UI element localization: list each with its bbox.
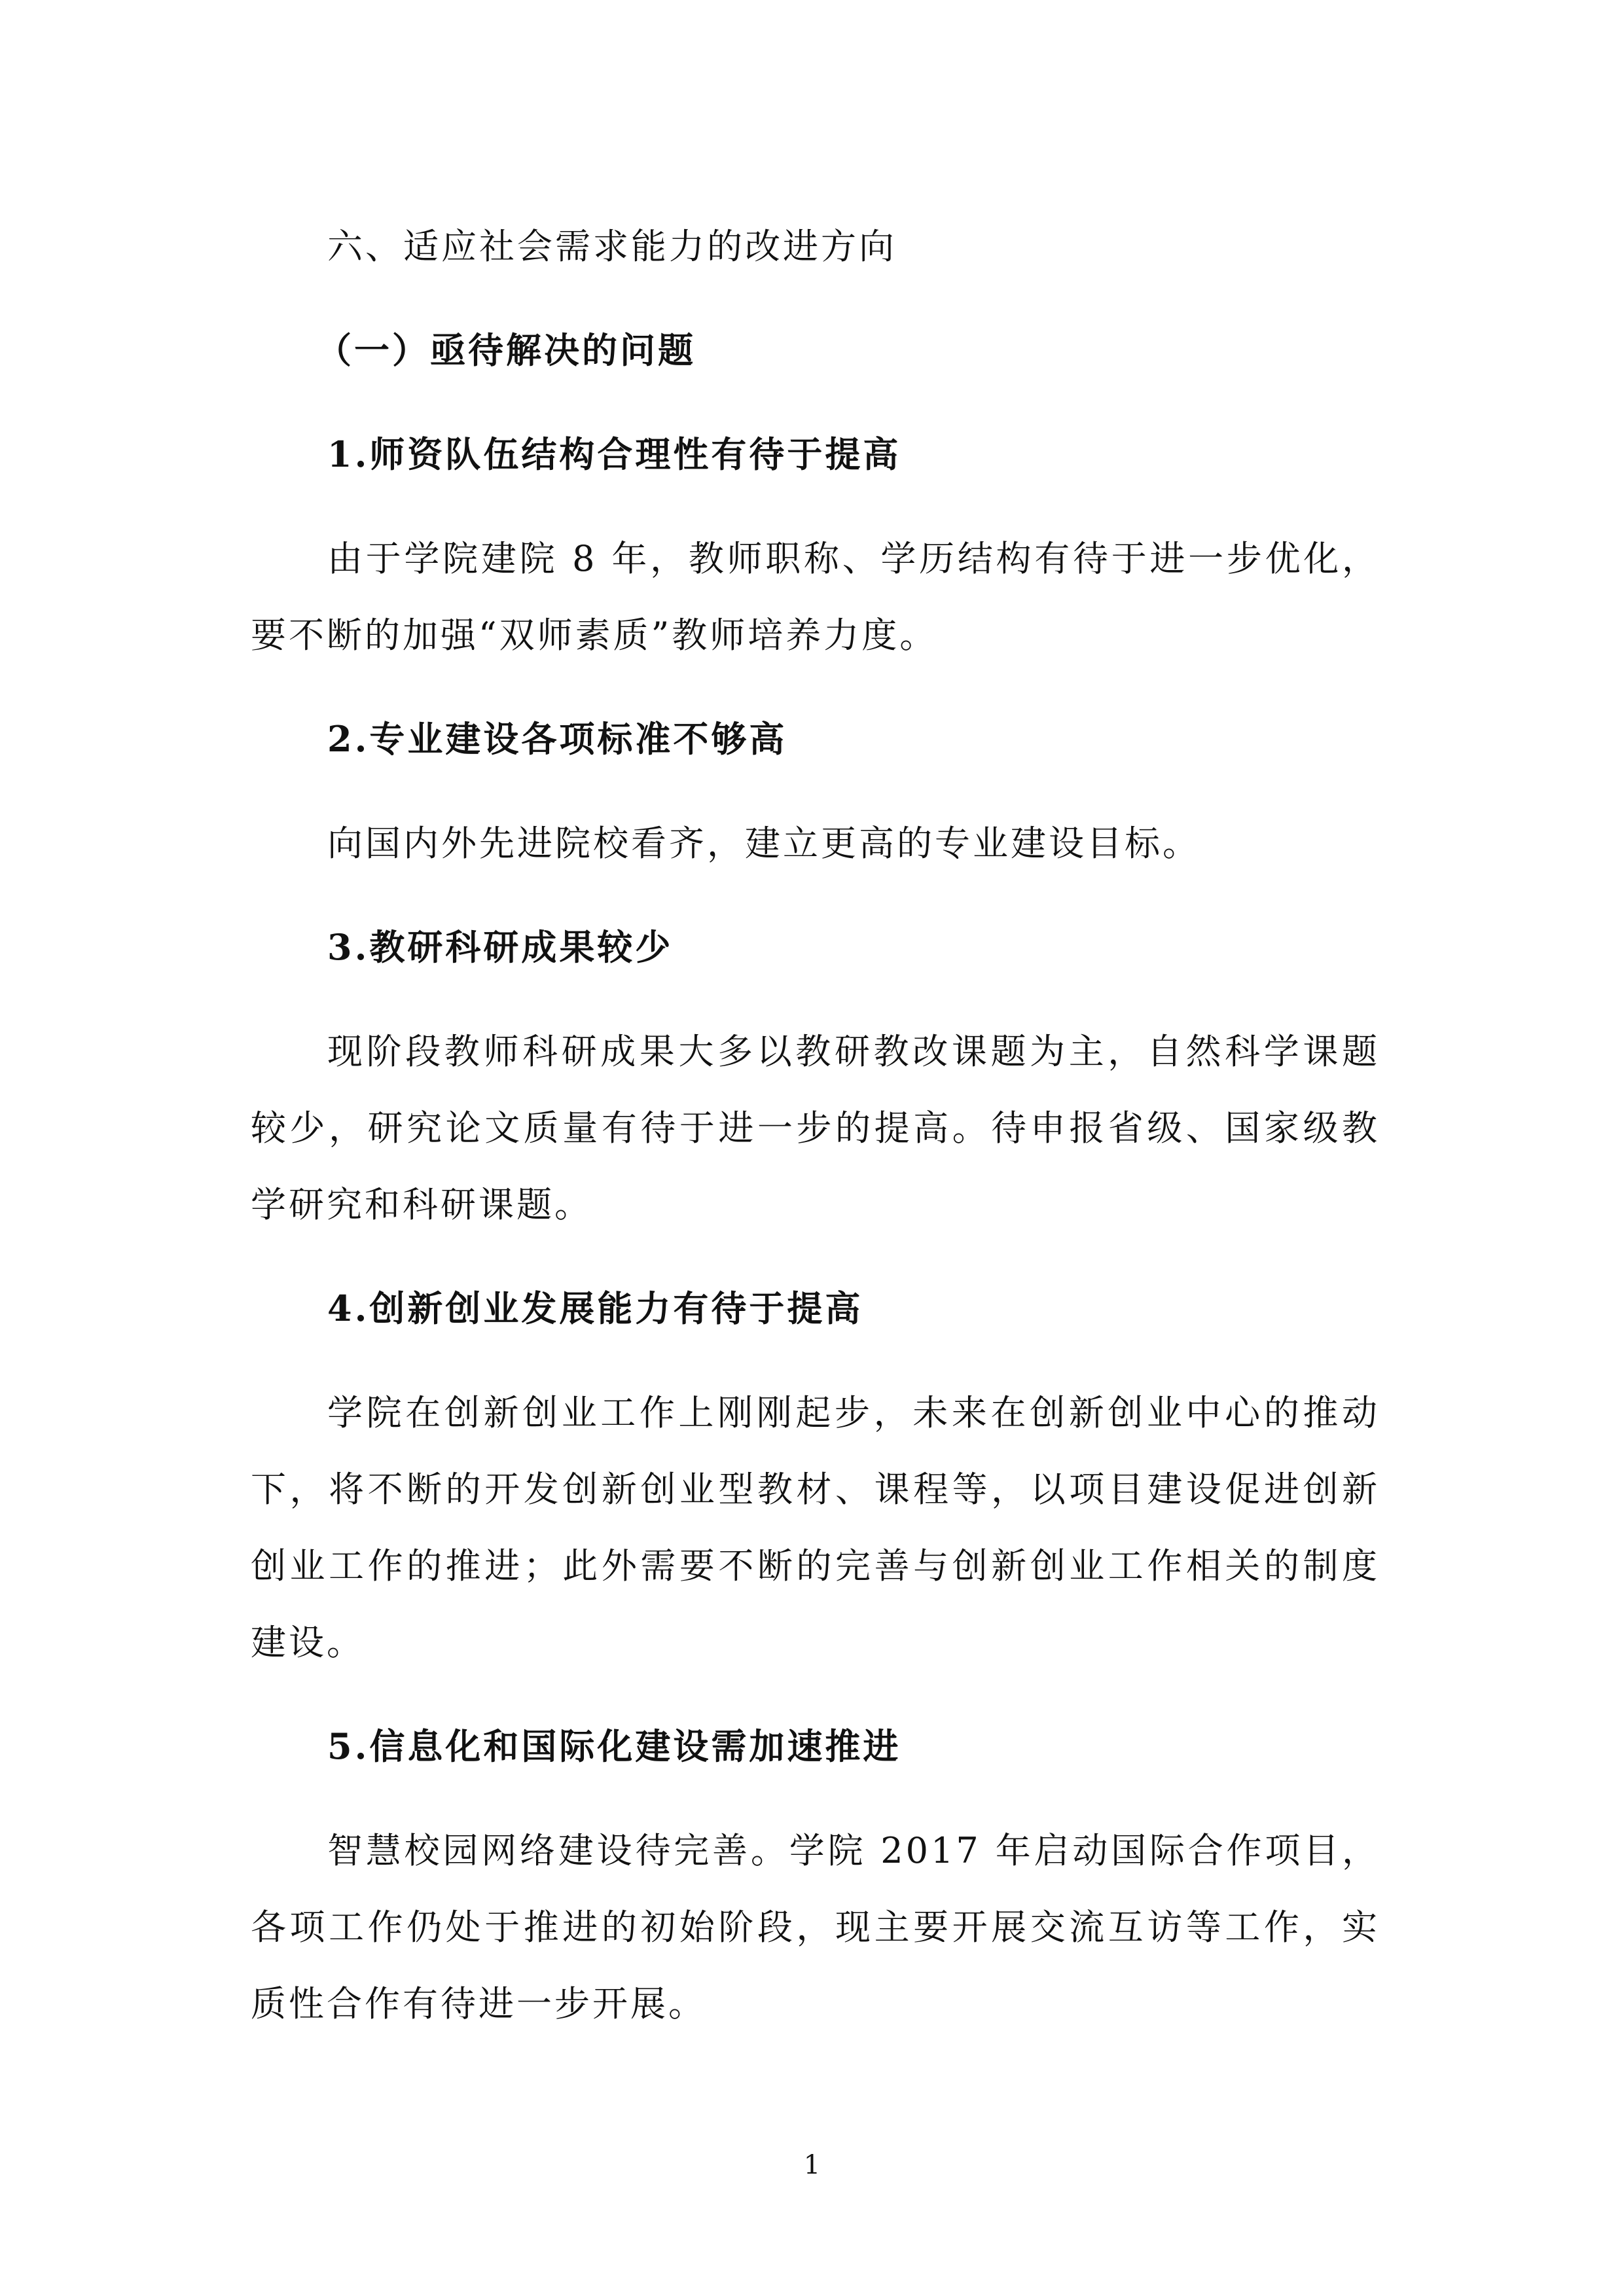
item-body-1: 由于学院建院 8 年，教师职称、学历结构有待于进一步优化，要不断的加强“双师素质… <box>251 520 1380 673</box>
item-body-3: 现阶段教师科研成果大多以教研教改课题为主，自然科学课题较少，研究论文质量有待于进… <box>251 1013 1380 1243</box>
item-heading-4: 4.创新创业发展能力有待于提高 <box>251 1270 1380 1347</box>
item-heading-1: 1.师资队伍结构合理性有待于提高 <box>251 416 1380 493</box>
section-title: 六、适应社会需求能力的改进方向 <box>251 208 1380 285</box>
subsection-title: （一）亟待解决的问题 <box>251 312 1380 389</box>
item-heading-3: 3.教研科研成果较少 <box>251 909 1380 986</box>
item-heading-5: 5.信息化和国际化建设需加速推进 <box>251 1708 1380 1785</box>
item-heading-2: 2.专业建设各项标准不够高 <box>251 701 1380 778</box>
page-content: 六、适应社会需求能力的改进方向 （一）亟待解决的问题 1.师资队伍结构合理性有待… <box>251 208 1380 2070</box>
item-body-4: 学院在创新创业工作上刚刚起步，未来在创新创业中心的推动下，将不断的开发创新创业型… <box>251 1374 1380 1681</box>
item-body-5: 智慧校园网络建设待完善。学院 2017 年启动国际合作项目，各项工作仍处于推进的… <box>251 1812 1380 2042</box>
document-page: 六、适应社会需求能力的改进方向 （一）亟待解决的问题 1.师资队伍结构合理性有待… <box>0 0 1624 2296</box>
item-body-2: 向国内外先进院校看齐，建立更高的专业建设目标。 <box>251 805 1380 882</box>
page-number: 1 <box>0 2150 1624 2180</box>
